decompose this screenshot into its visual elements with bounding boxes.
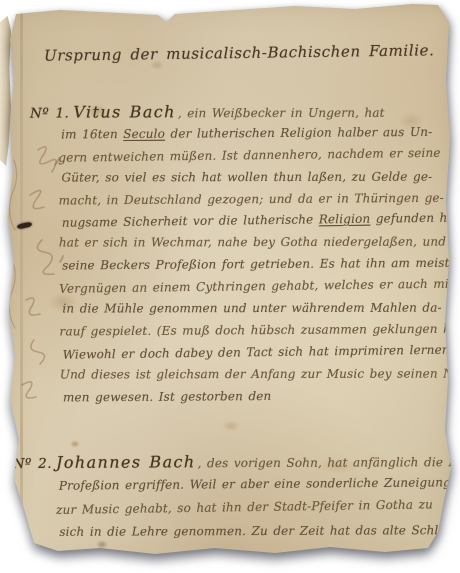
entry-name: Johannes Bach <box>52 452 198 472</box>
entry-vitus-bach: Nº 1.Vitus Bach, ein Weißbecker in Unger… <box>30 99 460 409</box>
manuscript-line: Nº 1.Vitus Bach, ein Weißbecker in Unger… <box>30 100 460 123</box>
manuscript-line: Nº 2.Johannes Bach, des vorigen Sohn, ha… <box>13 449 460 474</box>
manuscript-text: , des vorigen Sohn, hat anfänglich die B… <box>198 455 460 470</box>
entry-number: Nº 2. <box>13 456 52 472</box>
entry-name: Vitus Bach <box>69 102 178 121</box>
manuscript-line: sich in die Lehre genommen. Zu der Zeit … <box>16 519 460 544</box>
page-title: Ursprung der musicalisch-Bachischen Fami… <box>44 41 435 64</box>
entry-number: Nº 1. <box>30 106 69 122</box>
manuscript-text: , ein Weißbecker in Ungern, hat <box>178 106 385 121</box>
manuscript-line: men gewesen. Ist gestorben den <box>35 384 460 409</box>
manuscript-line: in die Mühle genommen und unter währende… <box>34 297 460 320</box>
manuscript-line: Und dieses ist gleichsam der Anfang zur … <box>32 363 460 386</box>
entry-johannes-bach: Nº 2.Johannes Bach, des vorigen Sohn, ha… <box>13 448 460 545</box>
manuscript-scan: Ursprung der musicalisch-Bachischen Fami… <box>0 0 460 573</box>
paper-stain <box>222 420 240 432</box>
manuscript-line: hat er sich in Wechmar, nahe bey Gotha n… <box>31 232 460 255</box>
paper-stain <box>70 440 80 448</box>
manuscript-page: Ursprung der musicalisch-Bachischen Fami… <box>0 0 460 573</box>
manuscript-line: Güter, so viel es sich hat wollen thun l… <box>33 166 460 189</box>
paper-sheet: Ursprung der musicalisch-Bachischen Fami… <box>0 0 460 573</box>
